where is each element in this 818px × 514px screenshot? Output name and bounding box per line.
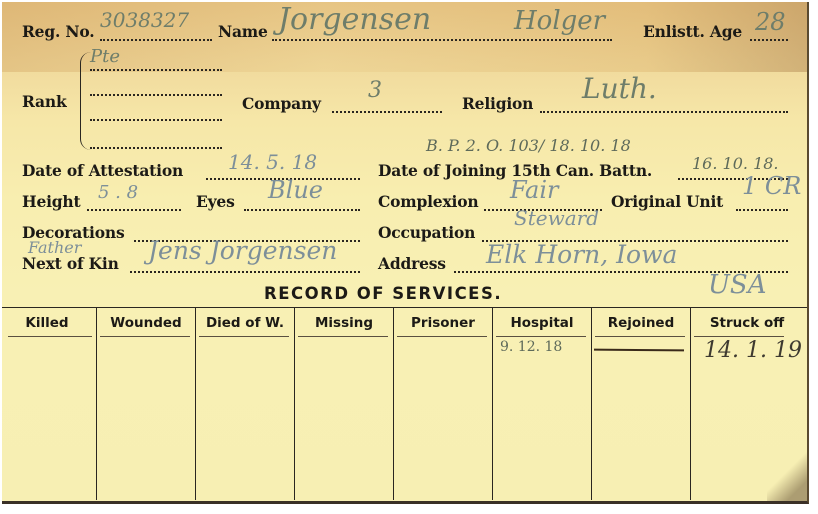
date-of-joining-value: 16. 10. 18. [692, 154, 779, 173]
company-value: 3 [368, 78, 382, 103]
column-rule [595, 336, 685, 337]
column-divider [96, 307, 97, 500]
column-header-died-of-wounds: Died of W. [197, 315, 293, 331]
eyes-line [244, 209, 360, 211]
address-line1-value: Elk Horn, Iowa [486, 240, 677, 269]
column-rule [496, 336, 586, 337]
religion-line [540, 111, 788, 113]
column-header-struck-off: Struck off [692, 315, 802, 331]
rank-line-3 [90, 119, 222, 121]
height-line [87, 209, 181, 211]
column-divider [591, 307, 592, 500]
name-given-value: Holger [514, 6, 605, 36]
column-header-wounded: Wounded [98, 315, 194, 331]
eyes-label: Eyes [196, 192, 235, 211]
address-line2-value: USA [708, 270, 767, 300]
next-of-kin-value: Jens Jorgensen [148, 236, 337, 265]
height-value: 5 . 8 [98, 182, 138, 203]
date-of-attestation-label: Date of Attestation [22, 161, 183, 180]
column-rule [694, 336, 784, 337]
struck-off-entry: 14. 1. 19 [704, 338, 802, 363]
next-of-kin-line [130, 271, 360, 273]
joining-note: B. P. 2. O. 103/ 18. 10. 18 [426, 136, 631, 155]
reg-no-label: Reg. No. [22, 22, 94, 41]
rank-line-2 [90, 94, 222, 96]
hospital-entry: 9. 12. 18 [500, 339, 562, 355]
address-label: Address [378, 254, 446, 273]
column-divider [294, 307, 295, 500]
column-rule [298, 336, 388, 337]
column-divider [690, 307, 691, 500]
column-header-hospital: Hospital [494, 315, 590, 331]
complexion-label: Complexion [378, 192, 478, 211]
name-surname-value: Jorgensen [278, 2, 431, 37]
reg-no-line [100, 39, 212, 41]
rank-brace [80, 52, 91, 150]
record-title: RECORD OF SERVICES. [264, 284, 502, 303]
name-label: Name [218, 22, 268, 41]
religion-value: Luth. [582, 72, 657, 105]
column-header-killed: Killed [2, 315, 92, 331]
record-top-rule [2, 307, 807, 308]
service-record-card: Reg. No. 3038327 Name Jorgensen Holger E… [2, 2, 809, 504]
column-rule [397, 336, 487, 337]
column-header-prisoner: Prisoner [395, 315, 491, 331]
column-header-rejoined: Rejoined [593, 315, 689, 331]
column-rule [199, 336, 289, 337]
original-unit-label: Original Unit [611, 192, 723, 211]
column-divider [393, 307, 394, 500]
name-line [272, 39, 612, 41]
enlist-age-line [750, 39, 788, 41]
enlist-age-value: 28 [755, 8, 786, 36]
column-rule [8, 336, 92, 337]
date-of-attestation-value: 14. 5. 18 [228, 150, 317, 174]
column-rule [100, 336, 190, 337]
original-unit-line [736, 209, 788, 211]
column-divider [195, 307, 196, 500]
rank-label: Rank [22, 92, 67, 111]
rank-line-1 [90, 69, 222, 71]
occupation-label: Occupation [378, 223, 475, 242]
rank-value: Pte [90, 46, 120, 67]
original-unit-value: 1 CR [742, 172, 801, 200]
complexion-value: Fair [510, 176, 558, 204]
rejoined-entry-dash [594, 349, 684, 352]
enlist-age-label: Enlistt. Age [643, 22, 742, 41]
column-divider [492, 307, 493, 500]
next-of-kin-label: Next of Kin [22, 254, 119, 273]
column-header-missing: Missing [296, 315, 392, 331]
religion-label: Religion [462, 94, 533, 113]
height-label: Height [22, 192, 80, 211]
reg-no-value: 3038327 [100, 8, 189, 32]
eyes-value: Blue [268, 176, 323, 204]
company-line [332, 111, 442, 113]
company-label: Company [242, 94, 321, 113]
rank-line-4 [90, 147, 222, 149]
occupation-value: Steward [514, 206, 599, 230]
